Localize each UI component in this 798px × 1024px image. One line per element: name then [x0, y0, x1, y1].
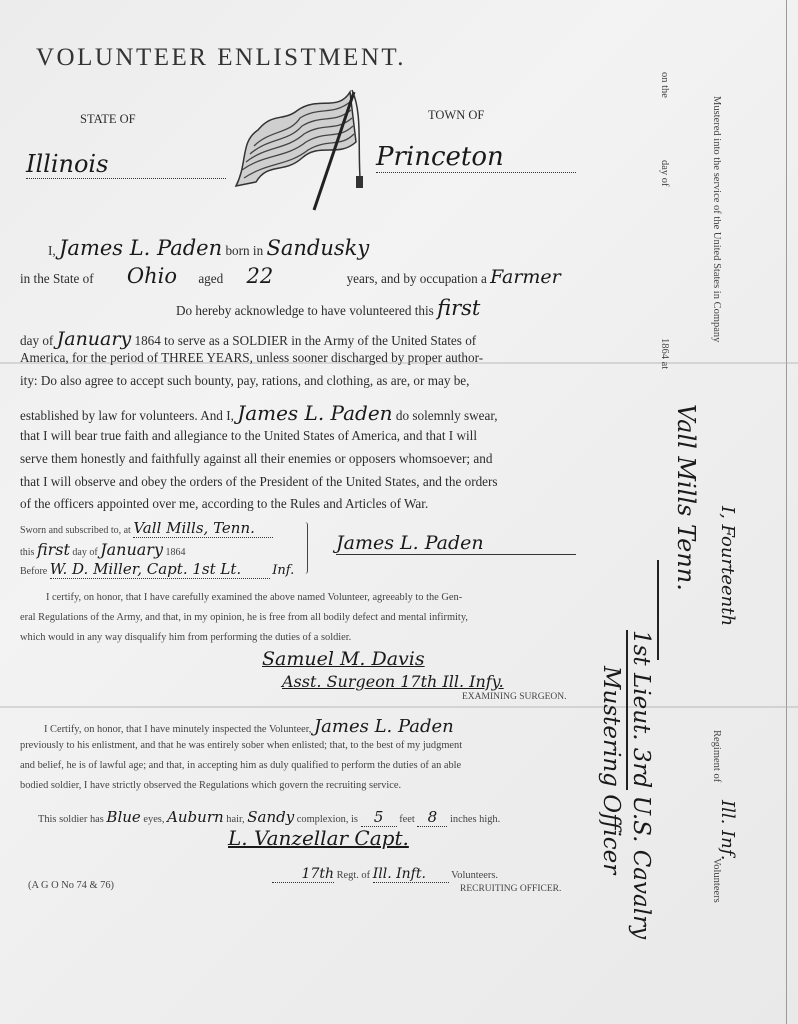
complexion-value: Sandy [247, 808, 294, 826]
oath-line-3: serve them honestly and faithfully again… [20, 451, 492, 467]
surgeon-title: Asst. Surgeon 17th Ill. Infy. [282, 672, 504, 691]
muster-place: Vall Mills Tenn. [672, 404, 700, 591]
oath-name: James L. Paden [237, 401, 392, 425]
sworn-day: first [37, 540, 70, 559]
town-label: TOWN OF [428, 108, 484, 123]
recruiting-officer-signature: L. Vanzellar Capt. [228, 826, 409, 850]
oath-line-1: established by law for volunteers. And I… [20, 401, 498, 425]
before-line: Before W. D. Miller, Capt. 1st Lt. Inf. [20, 560, 294, 579]
muster-company: I, Fourteenth [717, 506, 738, 626]
feet-value: 5 [361, 808, 397, 827]
oath-line-2: that I will bear true faith and allegian… [20, 428, 477, 444]
recruit-volunteer-name: James L. Paden [314, 716, 454, 737]
mustering-officer-role: Mustering Officer [598, 666, 624, 874]
muster-day-of-label: day of [659, 160, 670, 187]
sworn-month: January [100, 540, 163, 559]
surgeon-certify-1: I certify, on honor, that I have careful… [46, 592, 462, 603]
enlistment-name-line: I, James L. Paden born in Sandusky [48, 236, 369, 260]
surgeon-signature: Samuel M. Davis [262, 648, 425, 670]
examining-surgeon-label: EXAMINING SURGEON. [462, 692, 567, 702]
volunteer-signature: James L. Paden [336, 532, 576, 555]
enlist-month: January [57, 328, 132, 350]
occupation: Farmer [490, 266, 561, 288]
state-label: STATE OF [80, 112, 136, 127]
acknowledge-line: Do hereby acknowledge to have volunteere… [176, 296, 480, 320]
birthplace: Sandusky [266, 236, 369, 260]
muster-on-the-label: on the [659, 72, 670, 98]
american-flag-icon [228, 82, 368, 212]
serve-line-1: day of January 1864 to serve as a SOLDIE… [20, 328, 476, 350]
state-age-line: in the State of Ohio aged 22 years, and … [20, 264, 561, 288]
before-name: W. D. Miller, Capt. 1st Lt. [50, 560, 270, 579]
muster-volunteers-label: Volunteers [711, 858, 722, 903]
age: 22 [247, 264, 274, 288]
recruit-certify-2: previously to his enlistment, and that h… [20, 740, 462, 751]
surgeon-certify-3: which would in any way disqualify him fr… [20, 632, 351, 643]
recruit-certify-4: bodied soldier, I have strictly observed… [20, 780, 401, 791]
description-line: This soldier has Blue eyes, Auburn hair,… [38, 808, 500, 827]
form-number: (A G O No 74 & 76) [28, 880, 114, 891]
surgeon-certify-2: eral Regulations of the Army, and that, … [20, 612, 468, 623]
muster-text-1: Mustered into the service of the United … [711, 96, 722, 342]
hair-value: Auburn [167, 808, 224, 826]
recruit-certify-3: and belief, he is of lawful age; and tha… [20, 760, 461, 771]
mustering-officer-title: 1st Lieut. 3rd U.S. Cavalry [628, 630, 654, 939]
state-value: Illinois [26, 150, 226, 179]
volunteer-name: James L. Paden [59, 236, 222, 260]
sworn-place: Vall Mills, Tenn. [133, 519, 273, 538]
muster-regiment-state: Ill. Inf. [717, 800, 738, 861]
oath-line-5: of the officers appointed over me, accor… [20, 496, 428, 512]
town-value: Princeton [376, 142, 576, 173]
oath-line-4: that I will observe and obey the orders … [20, 474, 498, 490]
regiment-line: 17th Regt. of Ill. Inft. Volunteers. [272, 866, 498, 883]
regiment-number: 17th [272, 866, 334, 883]
regiment-state: Ill. Inft. [373, 866, 449, 883]
page-right-edge [786, 0, 787, 1024]
muster-rule [657, 560, 659, 660]
sworn-line: Sworn and subscribed to, at Vall Mills, … [20, 519, 273, 538]
document-title: VOLUNTEER ENLISTMENT. [36, 44, 406, 72]
inches-value: 8 [417, 808, 447, 827]
enlist-year: 1864 [134, 333, 160, 348]
fold-line [0, 706, 798, 708]
sworn-date-line: this first day of January 1864 [20, 540, 186, 559]
birth-state: Ohio [127, 264, 177, 288]
muster-year-label: 1864 at [659, 338, 670, 369]
brace [305, 522, 308, 574]
serve-line-3: ity: Do also agree to accept such bounty… [20, 373, 469, 389]
muster-text-2: Regiment of [711, 730, 722, 782]
recruiting-officer-label: RECRUITING OFFICER. [460, 884, 561, 894]
day-ordinal: first [437, 296, 480, 320]
eyes-value: Blue [106, 808, 140, 826]
serve-line-2: America, for the period of THREE YEARS, … [20, 350, 483, 366]
recruit-certify-1: I Certify, on honor, that I have minutel… [44, 716, 454, 737]
